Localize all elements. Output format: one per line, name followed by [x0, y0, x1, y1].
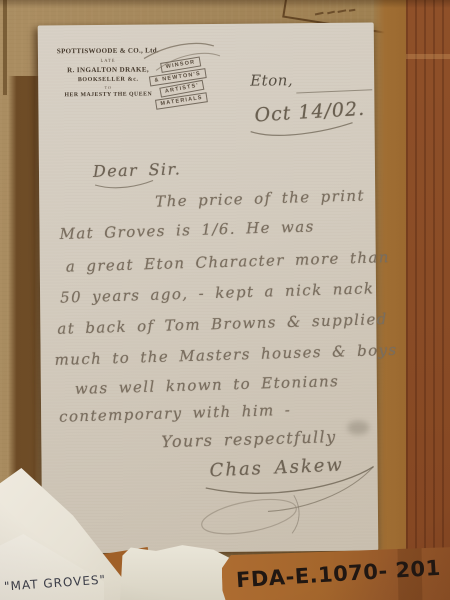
salutation: Dear Sir.: [93, 159, 182, 181]
body-line: much to the Masters houses & boys: [54, 341, 397, 369]
photograph-of-mounted-letter: SPOTTISWOODE & CO., Ltd. LATE R. INGALTO…: [0, 0, 450, 600]
body-line: Mat Groves is 1/6. He was: [59, 217, 315, 243]
closing: Yours respectfully: [161, 427, 337, 451]
right-dark-corrugated-strip: [406, 0, 450, 600]
body-line: at back of Tom Browns & supplied: [57, 310, 388, 338]
dateline-rule: [296, 89, 372, 93]
dateline-place: Eton,: [250, 71, 293, 89]
winsor-newton-ribbon-stamp: WINSOR & NEWTON'S ARTISTS' MATERIALS: [147, 57, 210, 112]
left-mount-edge-line: [3, 0, 7, 95]
letterhead-late: LATE: [46, 57, 170, 63]
body-line: a great Eton Character more than: [66, 248, 391, 276]
right-strip-light-band: [406, 54, 450, 59]
handwritten-date: Oct 14/02.: [254, 98, 366, 127]
catalogue-tape: FDA-E.1070- 201: [222, 547, 450, 600]
body-line: 50 years ago, - kept a nick nack: [60, 279, 375, 306]
right-cardboard-strip: [374, 0, 410, 600]
body-line: contemporary with him -: [59, 401, 292, 426]
ink-smudge: [347, 421, 369, 435]
body-line: The price of the print: [155, 186, 365, 210]
body-line: was well known to Etonians: [75, 372, 340, 398]
letter-paper: SPOTTISWOODE & CO., Ltd. LATE R. INGALTO…: [38, 23, 379, 554]
signature: Chas Askew: [209, 454, 344, 481]
letterhead-company: SPOTTISWOODE & CO., Ltd.: [46, 46, 170, 55]
